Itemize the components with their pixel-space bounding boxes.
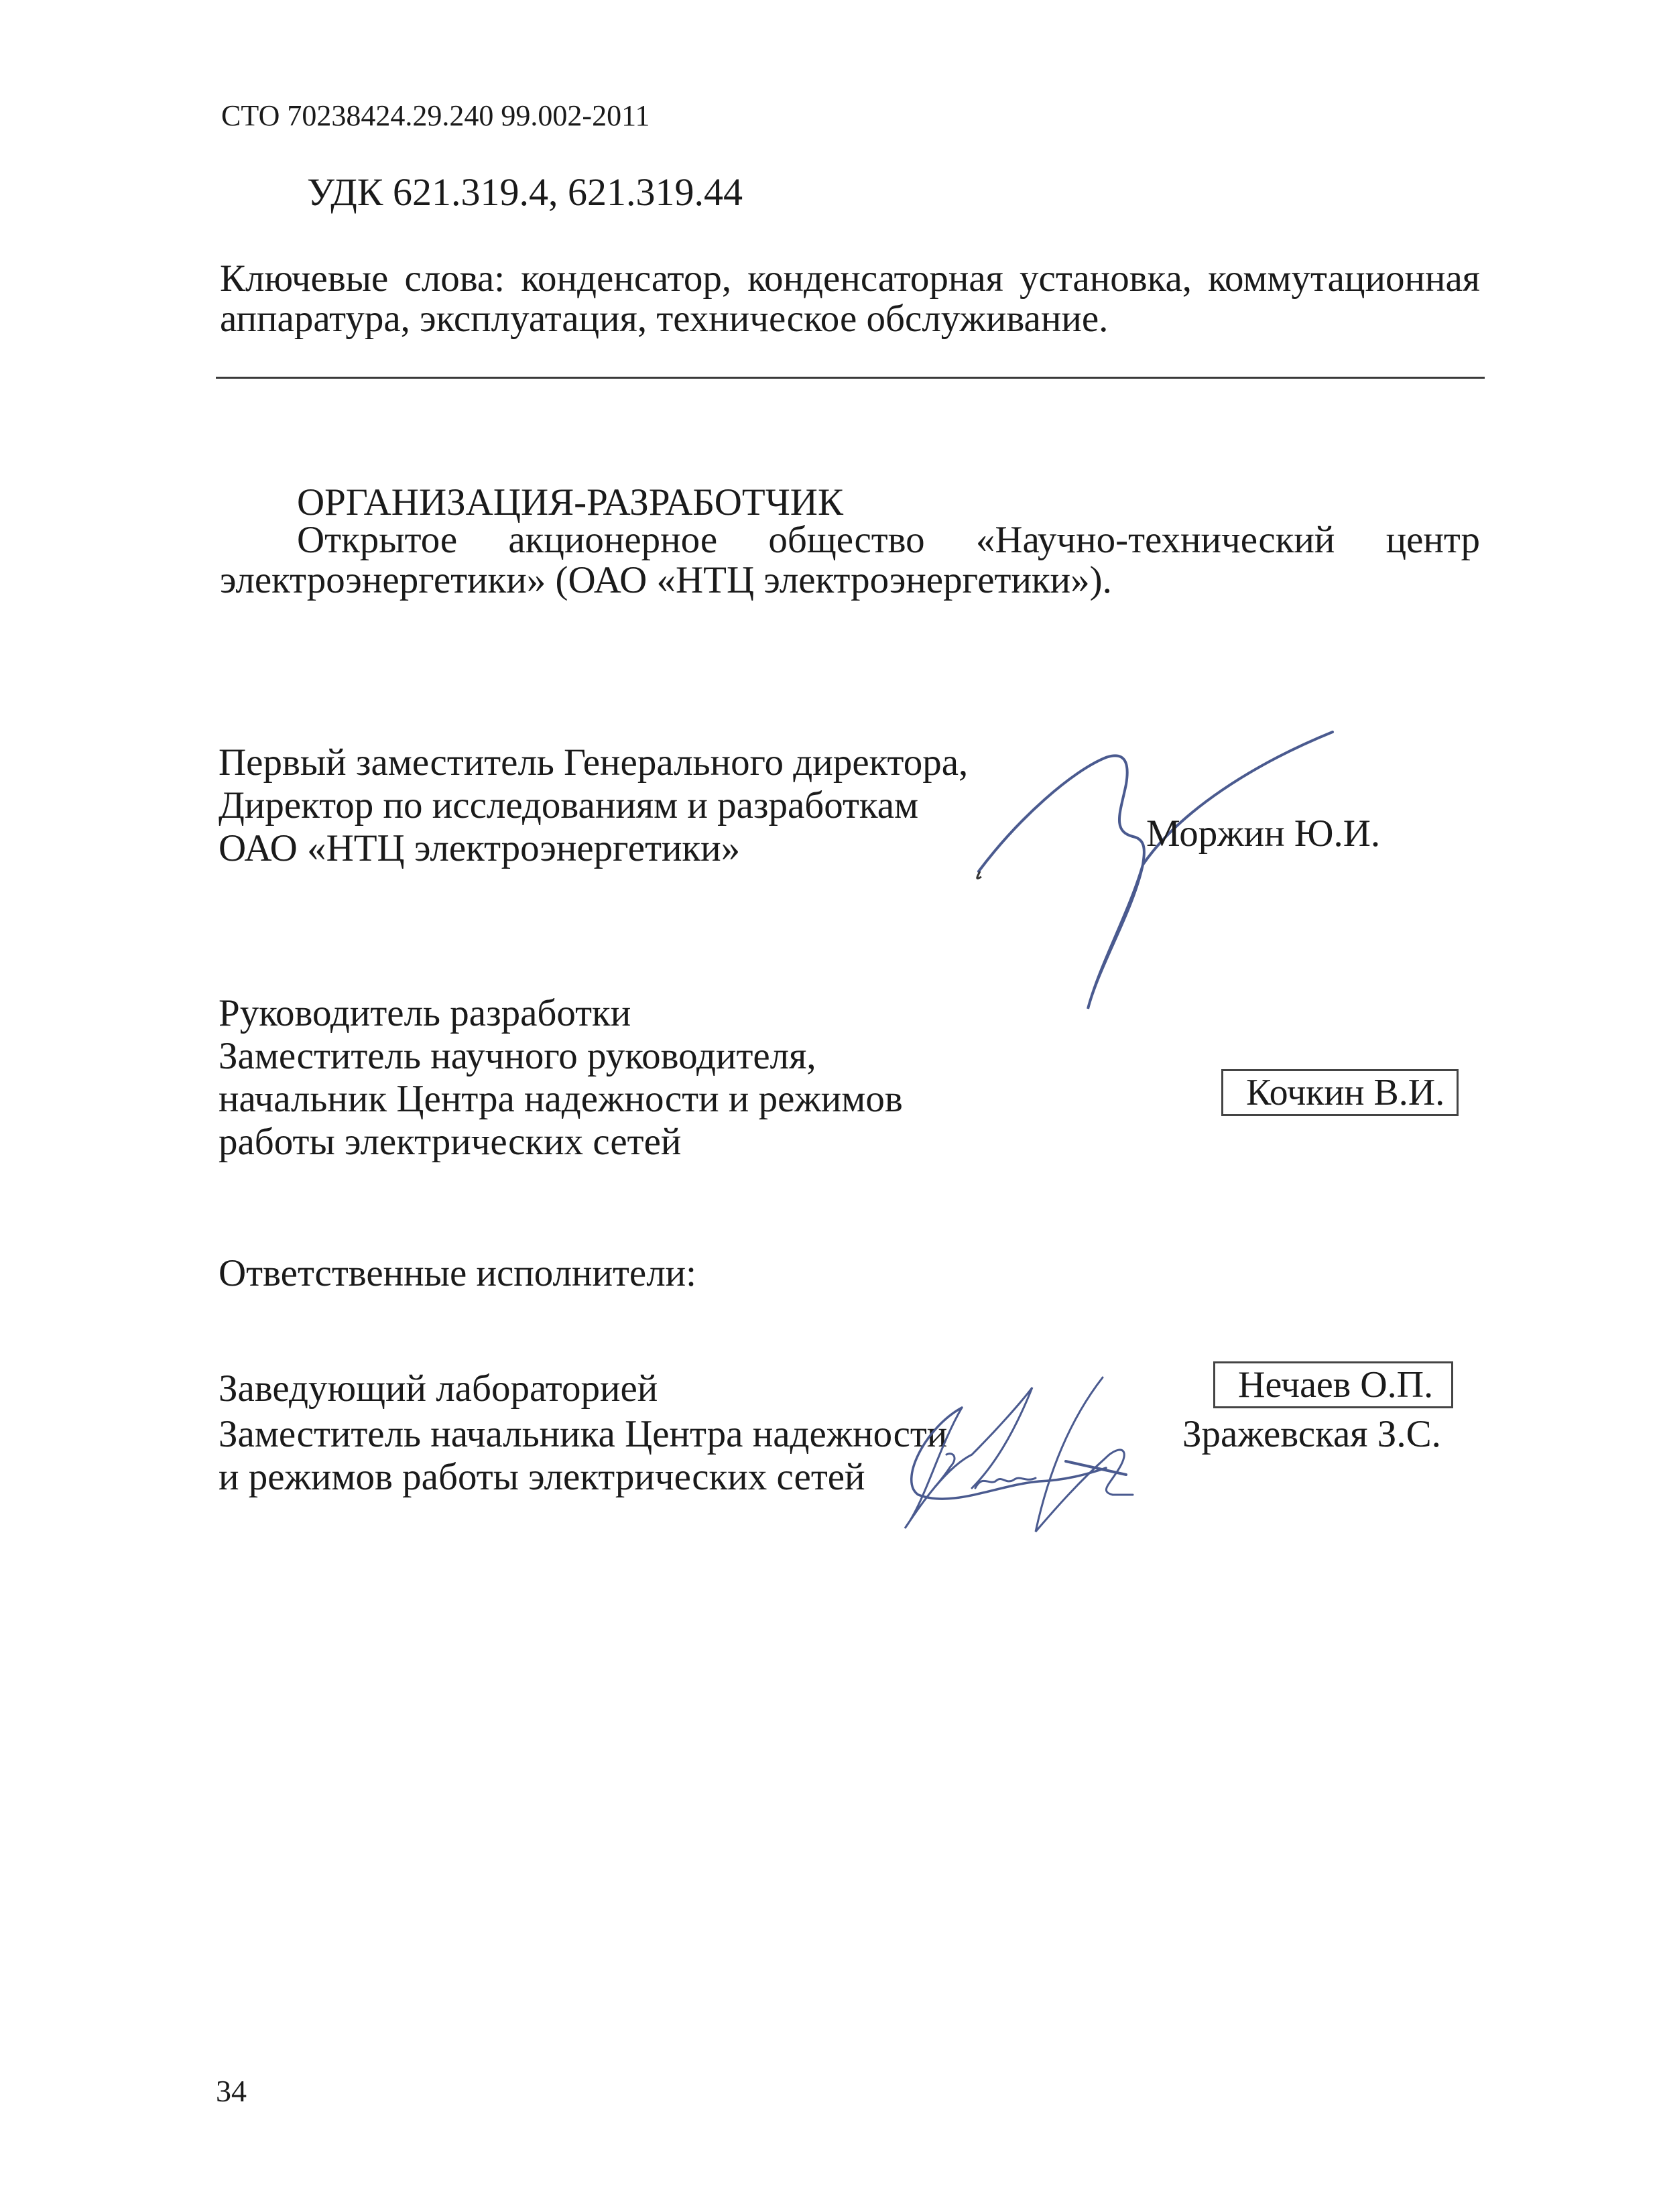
udk-classification: УДК 621.319.4, 621.319.44 (307, 169, 743, 216)
title-line: ОАО «НТЦ электроэнергетики» (219, 827, 968, 870)
signatory-morzhin-title: Первый заместитель Генерального директор… (219, 741, 968, 870)
keywords-paragraph: Ключевые слова: конденсатор, конденсатор… (220, 259, 1480, 339)
organization-paragraph: Открытое акционерное общество «Научно-те… (220, 520, 1480, 601)
organization-heading: ОРГАНИЗАЦИЯ-РАЗРАБОТЧИК (297, 483, 843, 523)
signature-morzhin-icon (965, 737, 1381, 1019)
horizontal-divider (216, 377, 1485, 379)
keywords-line-2: аппаратура, эксплуатация, техническое об… (220, 299, 1480, 339)
executor-nechaev-title: Заведующий лабораторией (219, 1367, 658, 1410)
title-line: и режимов работы электрических сетей (219, 1456, 947, 1499)
title-line: Заместитель начальника Центра надежности (219, 1413, 947, 1456)
signatory-kochkin-title: Руководитель разработки Заместитель науч… (219, 992, 903, 1164)
title-line: Директор по исследованиям и разработкам (219, 784, 968, 827)
title-line: Заместитель научного руководителя, (219, 1035, 903, 1078)
document-code: СТО 70238424.29.240 99.002-2011 (221, 97, 650, 135)
keywords-line-1: Ключевые слова: конденсатор, конденсатор… (220, 259, 1480, 299)
signatory-name-morzhin: Моржин Ю.И. (1146, 814, 1380, 854)
signature-zrazhevskaya-icon (898, 1367, 1220, 1542)
organization-line-1: Открытое акционерное общество «Научно-те… (220, 520, 1480, 560)
executor-name-zrazhevskaya: Зражевская З.С. (1182, 1414, 1441, 1455)
title-line: начальник Центра надежности и режимов (219, 1078, 903, 1121)
executors-heading: Ответственные исполнители: (219, 1252, 696, 1295)
executor-zrazhevskaya-title: Заместитель начальника Центра надежности… (219, 1413, 947, 1499)
title-line: Первый заместитель Генерального директор… (219, 741, 968, 784)
title-line: Руководитель разработки (219, 992, 903, 1035)
title-line: Заведующий лабораторией (219, 1367, 658, 1410)
name-box-nechaev: Нечаев О.П. (1213, 1361, 1453, 1408)
page-number: 34 (216, 2073, 247, 2110)
organization-line-2: электроэнергетики» (ОАО «НТЦ электроэнер… (220, 560, 1480, 601)
title-line: работы электрических сетей (219, 1121, 903, 1164)
name-box-kochkin: Кочкин В.И. (1221, 1069, 1459, 1116)
